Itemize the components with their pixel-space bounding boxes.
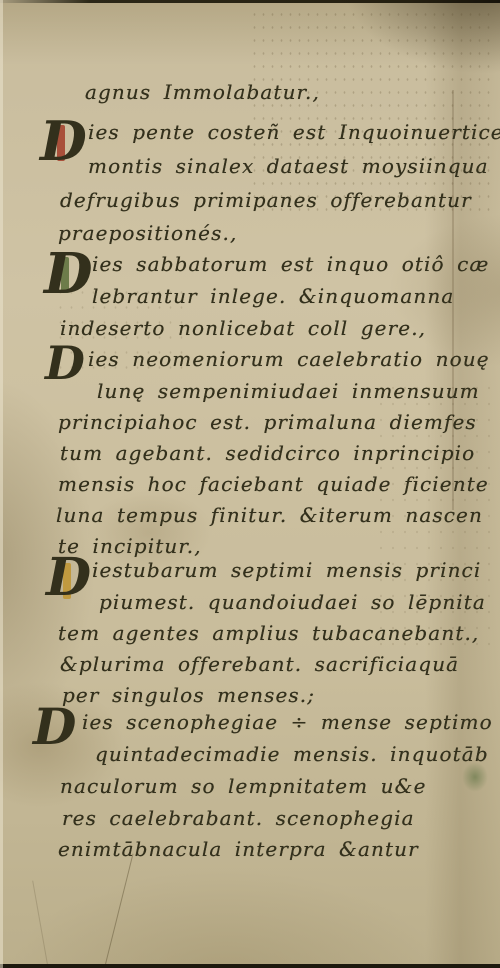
- text-line: res caelebrabant. scenophegia: [62, 806, 415, 830]
- text-line: ies scenophegiae ÷ mense septimo: [82, 710, 493, 734]
- text-line: ies pente costeñ est Inquoinuertice: [88, 120, 500, 144]
- text-line: piumest. quandoiudaei so lēpnita: [99, 590, 486, 614]
- crease-line: [32, 881, 49, 968]
- page-edge-bottom: [0, 964, 500, 968]
- text-line: quintadecimadie mensis. inquotāb: [95, 742, 489, 766]
- text-line: iestubarum septimi mensis princi: [92, 558, 481, 582]
- text-line: ies sabbatorum est inquo otiô cæ: [92, 252, 489, 276]
- page-edge-top: [0, 0, 500, 3]
- text-line: montis sinalex dataest moysiinqua: [88, 154, 489, 178]
- drop-cap-initial: D: [33, 702, 76, 752]
- text-line: mensis hoc faciebant quiade ficiente: [58, 472, 489, 496]
- text-line: ies neomeniorum caelebratio nouę: [88, 347, 490, 371]
- text-line: tum agebant. sedidcirco inprincipio: [60, 441, 475, 465]
- text-line: lunę sempenimiudaei inmensuum: [97, 379, 480, 403]
- text-line: defrugibus primipanes offerebantur: [60, 188, 472, 212]
- drop-cap-initial: D: [44, 246, 93, 303]
- text-line: naculorum so lempnitatem u&e: [60, 774, 427, 798]
- text-line: per singulos menses.;: [62, 683, 315, 707]
- manuscript-page: agnus Immolabatur., D ies pente costeñ e…: [0, 0, 500, 968]
- drop-cap-initial: D: [40, 114, 87, 169]
- text-line: principiahoc est. primaluna diemfes: [58, 410, 477, 434]
- text-line: enimtābnacula interpra &antur: [58, 837, 419, 861]
- text-line: lebrantur inlege. &inquomanna: [92, 284, 454, 308]
- page-edge-left: [0, 0, 3, 968]
- text-line: &plurima offerebant. sacrificiaquā: [60, 652, 459, 676]
- text-line: tem agentes amplius tubacanebant.,: [58, 621, 479, 645]
- drop-cap-initial: D: [46, 552, 91, 604]
- text-line: agnus Immolabatur.,: [85, 80, 320, 104]
- text-line: luna tempus finitur. &iterum nascen: [56, 503, 483, 527]
- crease-line: [103, 854, 133, 968]
- parchment-speckle-texture: [250, 8, 490, 218]
- text-line: indeserto nonlicebat coll gere.,: [60, 316, 426, 340]
- green-stain: [462, 762, 488, 792]
- drop-cap-initial: D: [45, 340, 85, 386]
